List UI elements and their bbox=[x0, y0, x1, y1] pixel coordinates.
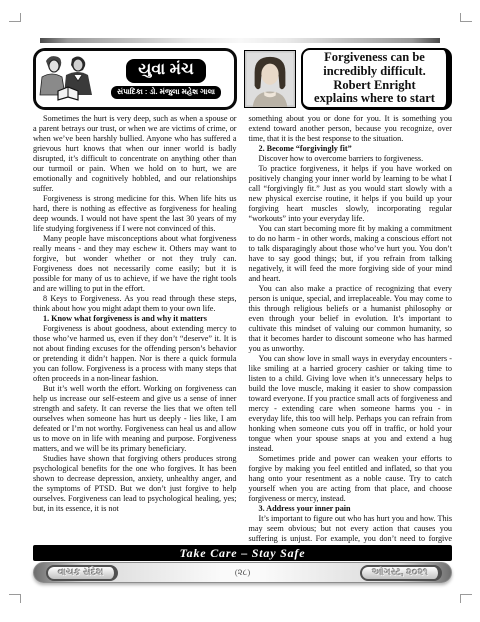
crop-mark-top-left bbox=[9, 13, 21, 22]
crop-mark-top-right bbox=[460, 13, 472, 22]
paragraph: Forgiveness is about goodness, about ext… bbox=[33, 324, 237, 384]
author-photo bbox=[244, 50, 296, 108]
newspaper-page: યુવા મંચ સંપાદિકા : ડો. મંજુલા મહેશ ગાલા… bbox=[0, 0, 480, 622]
paragraph: Sometimes the hurt is very deep, such as… bbox=[33, 114, 237, 194]
paragraph: 8 Keys to Forgiveness. As you read throu… bbox=[33, 294, 237, 314]
crop-mark-bottom-left bbox=[9, 594, 21, 603]
masthead-title: યુવા મંચ bbox=[126, 59, 206, 83]
masthead-text-stack: યુવા મંચ સંપાદિકા : ડો. મંજુલા મહેશ ગાલા bbox=[100, 59, 234, 99]
paragraph: Forgiveness is strong medicine for this.… bbox=[33, 194, 237, 234]
safety-banner-text: Take Care – Stay Safe bbox=[180, 546, 306, 561]
page-number: (૨૮) bbox=[34, 567, 451, 578]
editor-credit: સંપાદિકા : ડો. મંજુલા મહેશ ગાલા bbox=[111, 86, 221, 99]
section-heading: 2. Become “forgivingly fit” bbox=[249, 144, 453, 154]
paragraph: Many people have misconceptions about wh… bbox=[33, 234, 237, 294]
paragraph: It’s important to figure out who has hur… bbox=[249, 514, 453, 544]
article-body: Sometimes the hurt is very deep, such as… bbox=[33, 114, 452, 544]
headline-box: Forgiveness can be incredibly difficult.… bbox=[301, 48, 452, 110]
paragraph: You can also make a practice of recogniz… bbox=[249, 284, 453, 354]
paragraph: Studies have shown that forgiving others… bbox=[33, 454, 237, 514]
paragraph-continuation: something about you or done for you. It … bbox=[249, 114, 453, 144]
page-footer-strip: વાચક સંદેશ (૨૮) ઓગસ્ટ, ૨૦૨૧ bbox=[33, 562, 452, 583]
crop-mark-bottom-right bbox=[460, 594, 472, 603]
paragraph: Discover how to overcome barriers to for… bbox=[249, 154, 453, 164]
paragraph: To practice forgiveness, it helps if you… bbox=[249, 164, 453, 224]
top-divider-rule bbox=[40, 38, 440, 43]
paragraph: You can start becoming more fit by makin… bbox=[249, 224, 453, 284]
safety-banner: Take Care – Stay Safe bbox=[33, 545, 452, 561]
readers-illustration bbox=[36, 51, 100, 107]
paragraph: Sometimes pride and power can weaken you… bbox=[249, 454, 453, 504]
headline-line: Forgiveness can be bbox=[324, 51, 425, 65]
headline-line: Robert Enright bbox=[333, 79, 415, 93]
paragraph: But it’s well worth the effort. Working … bbox=[33, 384, 237, 454]
section-heading: 3. Address your inner pain bbox=[249, 504, 453, 514]
headline-line: explains where to start bbox=[314, 92, 435, 106]
article-column-right: something about you or done for you. It … bbox=[249, 114, 453, 544]
section-heading: 1. Know what forgiveness is and why it m… bbox=[33, 314, 237, 324]
masthead-box: યુવા મંચ સંપાદિકા : ડો. મંજુલા મહેશ ગાલા bbox=[33, 48, 237, 110]
page-header: યુવા મંચ સંપાદિકા : ડો. મંજુલા મહેશ ગાલા… bbox=[33, 48, 452, 110]
headline-line: incredibly difficult. bbox=[323, 65, 426, 79]
paragraph: You can show love in small ways in every… bbox=[249, 354, 453, 454]
article-column-left: Sometimes the hurt is very deep, such as… bbox=[33, 114, 237, 544]
